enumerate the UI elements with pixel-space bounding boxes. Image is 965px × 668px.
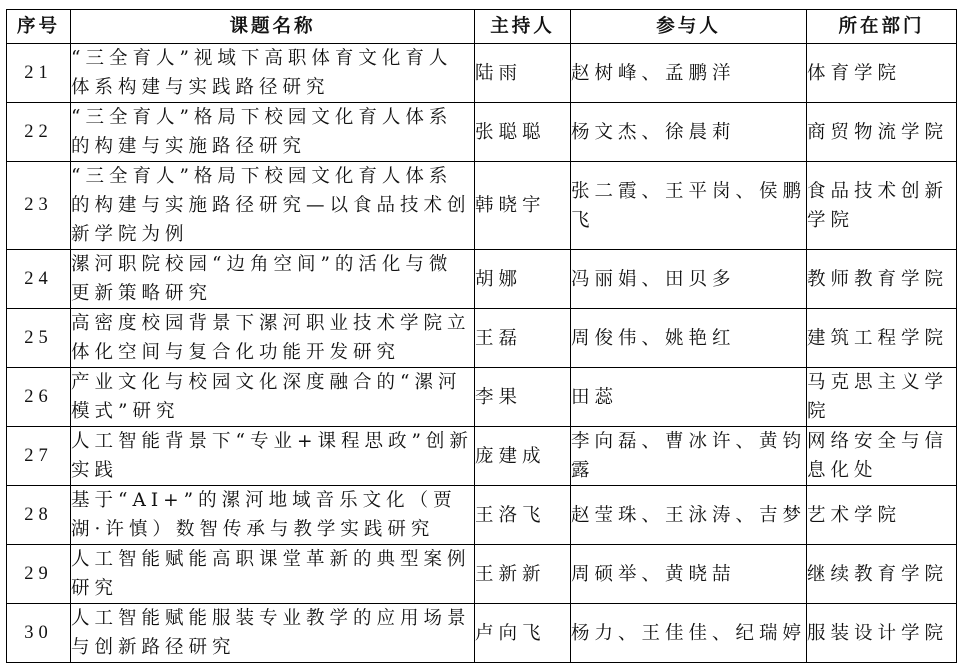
row-members: 李向磊、曹冰许、黄钧露 (571, 427, 807, 486)
row-host: 韩晓宇 (475, 162, 571, 250)
row-dept: 体育学院 (807, 44, 957, 103)
row-index: 27 (7, 427, 71, 486)
row-title: 基于“AI+”的漯河地域音乐文化（贾湖·许慎）数智传承与教学实践研究 (71, 486, 475, 545)
row-host: 卢向飞 (475, 604, 571, 663)
table-row: 27 人工智能背景下“专业+课程思政”创新实践 庞建成 李向磊、曹冰许、黄钧露 … (7, 427, 957, 486)
row-dept: 服装设计学院 (807, 604, 957, 663)
row-title: 高密度校园背景下漯河职业技术学院立体化空间与复合化功能开发研究 (71, 309, 475, 368)
row-host: 陆雨 (475, 44, 571, 103)
project-table: 序号 课题名称 主持人 参与人 所在部门 21 “三全育人”视域下高职体育文化育… (6, 9, 957, 663)
row-title: 漯河职院校园“边角空间”的活化与微更新策略研究 (71, 250, 475, 309)
row-host: 王新新 (475, 545, 571, 604)
row-host: 王洛飞 (475, 486, 571, 545)
row-members: 赵莹珠、王泳涛、吉梦 (571, 486, 807, 545)
header-title: 课题名称 (71, 10, 475, 44)
header-dept: 所在部门 (807, 10, 957, 44)
row-host: 王磊 (475, 309, 571, 368)
row-dept: 教师教育学院 (807, 250, 957, 309)
row-index: 28 (7, 486, 71, 545)
row-host: 胡娜 (475, 250, 571, 309)
row-title: “三全育人”格局下校园文化育人体系的构建与实施路径研究 (71, 103, 475, 162)
table-row: 26 产业文化与校园文化深度融合的“漯河模式”研究 李果 田蕊 马克思主义学院 (7, 368, 957, 427)
row-dept: 马克思主义学院 (807, 368, 957, 427)
row-index: 26 (7, 368, 71, 427)
row-members: 田蕊 (571, 368, 807, 427)
table-row: 24 漯河职院校园“边角空间”的活化与微更新策略研究 胡娜 冯丽娟、田贝多 教师… (7, 250, 957, 309)
row-title: 人工智能赋能服装专业教学的应用场景与创新路径研究 (71, 604, 475, 663)
row-dept: 艺术学院 (807, 486, 957, 545)
row-index: 21 (7, 44, 71, 103)
table-row: 30 人工智能赋能服装专业教学的应用场景与创新路径研究 卢向飞 杨力、王佳佳、纪… (7, 604, 957, 663)
header-row: 序号 课题名称 主持人 参与人 所在部门 (7, 10, 957, 44)
row-host: 张聪聪 (475, 103, 571, 162)
row-members: 赵树峰、孟鹏洋 (571, 44, 807, 103)
row-index: 24 (7, 250, 71, 309)
row-dept: 商贸物流学院 (807, 103, 957, 162)
header-members: 参与人 (571, 10, 807, 44)
row-index: 30 (7, 604, 71, 663)
row-title: “三全育人”视域下高职体育文化育人体系构建与实践路径研究 (71, 44, 475, 103)
row-title: 人工智能背景下“专业+课程思政”创新实践 (71, 427, 475, 486)
table-row: 25 高密度校园背景下漯河职业技术学院立体化空间与复合化功能开发研究 王磊 周俊… (7, 309, 957, 368)
row-dept: 继续教育学院 (807, 545, 957, 604)
row-title: 人工智能赋能高职课堂革新的典型案例研究 (71, 545, 475, 604)
row-index: 22 (7, 103, 71, 162)
header-index: 序号 (7, 10, 71, 44)
table-row: 23 “三全育人”格局下校园文化育人体系的构建与实施路径研究—以食品技术创新学院… (7, 162, 957, 250)
table-row: 28 基于“AI+”的漯河地域音乐文化（贾湖·许慎）数智传承与教学实践研究 王洛… (7, 486, 957, 545)
header-host: 主持人 (475, 10, 571, 44)
row-dept: 食品技术创新学院 (807, 162, 957, 250)
row-dept: 建筑工程学院 (807, 309, 957, 368)
table-row: 22 “三全育人”格局下校园文化育人体系的构建与实施路径研究 张聪聪 杨文杰、徐… (7, 103, 957, 162)
row-members: 冯丽娟、田贝多 (571, 250, 807, 309)
row-members: 周硕举、黄晓喆 (571, 545, 807, 604)
row-members: 周俊伟、姚艳红 (571, 309, 807, 368)
row-members: 杨文杰、徐晨莉 (571, 103, 807, 162)
table-row: 21 “三全育人”视域下高职体育文化育人体系构建与实践路径研究 陆雨 赵树峰、孟… (7, 44, 957, 103)
row-index: 29 (7, 545, 71, 604)
row-members: 杨力、王佳佳、纪瑞婷 (571, 604, 807, 663)
row-title: “三全育人”格局下校园文化育人体系的构建与实施路径研究—以食品技术创新学院为例 (71, 162, 475, 250)
row-members: 张二霞、王平岗、侯鹏飞 (571, 162, 807, 250)
table-row: 29 人工智能赋能高职课堂革新的典型案例研究 王新新 周硕举、黄晓喆 继续教育学… (7, 545, 957, 604)
row-index: 23 (7, 162, 71, 250)
row-title: 产业文化与校园文化深度融合的“漯河模式”研究 (71, 368, 475, 427)
row-dept: 网络安全与信息化处 (807, 427, 957, 486)
row-host: 李果 (475, 368, 571, 427)
row-host: 庞建成 (475, 427, 571, 486)
row-index: 25 (7, 309, 71, 368)
